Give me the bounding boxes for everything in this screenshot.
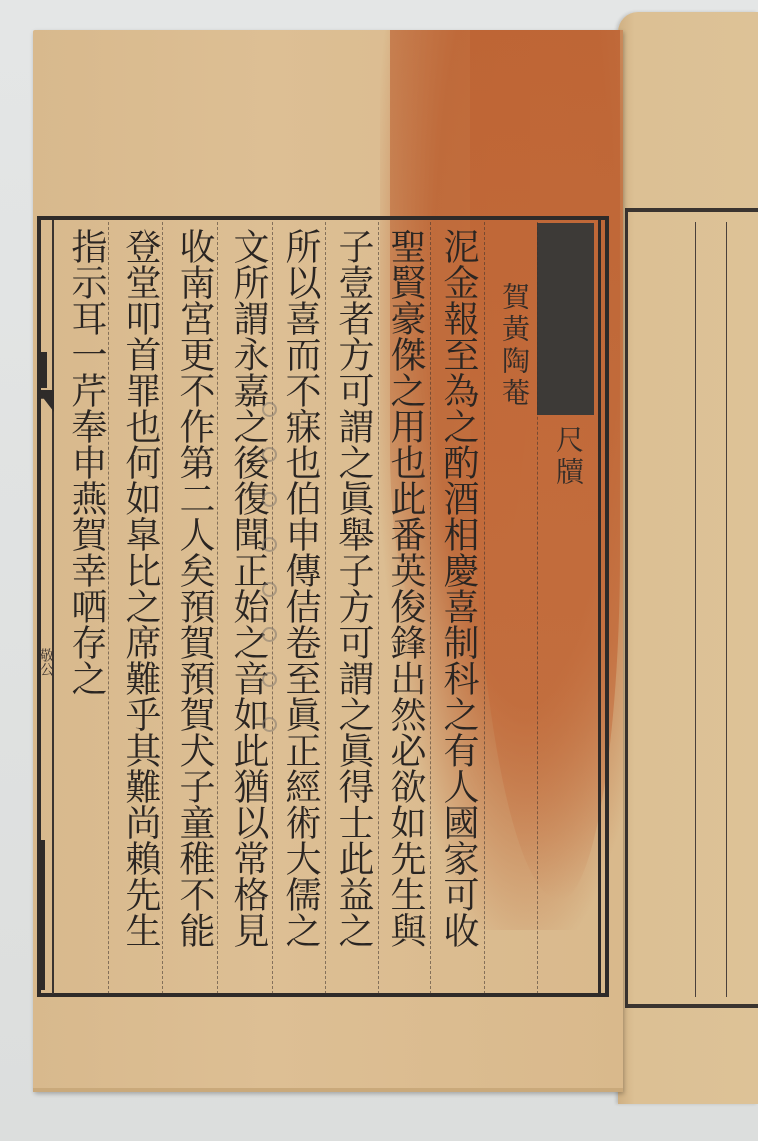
column-rule: [162, 222, 163, 994]
black-mouth-block: [537, 223, 594, 415]
column-rule: [430, 222, 431, 994]
frame-right-rule: [598, 220, 601, 994]
page-bottom-edge: [33, 1088, 623, 1092]
text-column-6: 收南宮更不作第二人矣預賀預賀犬子童稚不能: [172, 228, 216, 948]
column-rule: [537, 222, 538, 994]
fishtail-mark: [37, 840, 45, 990]
text-column-1: 泥金報至為之酌酒相慶喜制科之有人國家可收: [436, 228, 480, 948]
text-column-2: 聖賢豪傑之用也此番英俊鋒出然必欲如先生與: [383, 228, 427, 948]
column-rule: [484, 222, 485, 994]
letter-title: 賀黃陶菴: [492, 282, 536, 410]
frame-inner-rule: [52, 220, 54, 994]
column-rule: [378, 222, 379, 994]
emphasis-circle-marks: [262, 402, 276, 762]
column-rule: [108, 222, 109, 994]
right-page-column-rule: [726, 222, 727, 997]
text-column-3: 子壹者方可謂之眞舉子方可謂之眞得士此益之: [331, 228, 375, 948]
right-page-frame: [625, 208, 758, 1008]
text-column-4: 所以喜而不寐也伯申傳佶卷至眞正經術大儒之: [278, 228, 322, 948]
fishtail-mark: [37, 352, 47, 388]
margin-note: 敬公: [36, 648, 56, 676]
text-column-7: 登堂叩首罪也何如皐比之席難乎其難尚賴先生: [118, 228, 162, 948]
right-page-column-rule: [695, 222, 696, 997]
column-rule: [325, 222, 326, 994]
section-title: 尺牘: [546, 425, 590, 489]
column-rule: [217, 222, 218, 994]
text-column-8: 指示耳一芹奉申燕賀幸哂存之: [64, 228, 108, 696]
